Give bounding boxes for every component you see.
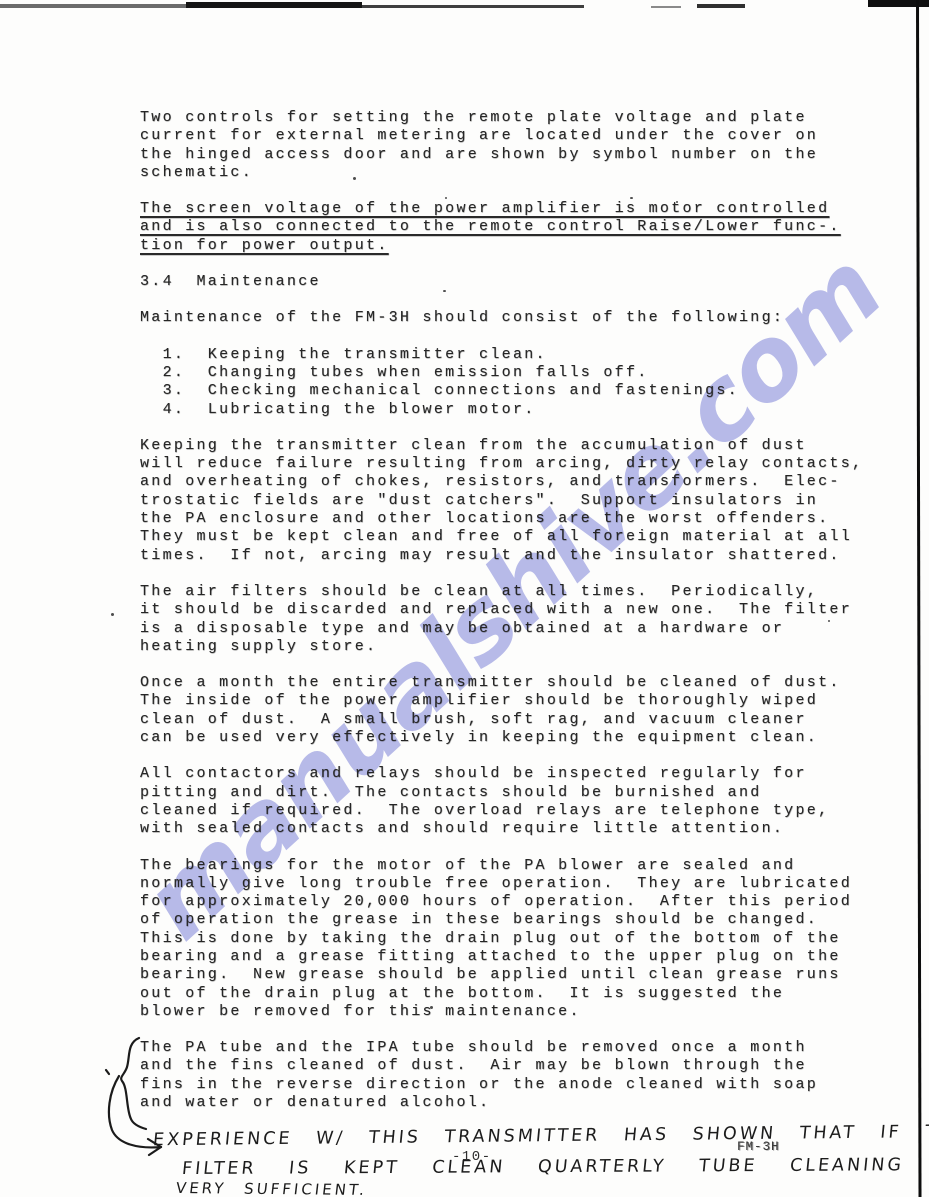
typed-line: All contactors and relays should be insp… xyxy=(140,765,900,783)
typed-line: 4. Lubricating the blower motor. xyxy=(140,401,900,419)
typed-line: The air filters should be clean at all t… xyxy=(140,583,900,601)
typed-line: and the fins cleaned of dust. Air may be… xyxy=(140,1057,900,1075)
typed-line: fins in the reverse direction or the ano… xyxy=(140,1076,900,1094)
typed-line: Two controls for setting the remote plat… xyxy=(140,109,900,127)
typed-line: and is also connected to the remote cont… xyxy=(140,218,900,236)
typed-line: 1. Keeping the transmitter clean. xyxy=(140,346,900,364)
typed-line: for approximately 20,000 hours of operat… xyxy=(140,893,900,911)
scan-edge-artifact xyxy=(651,6,681,8)
typed-line: The screen voltage of the power amplifie… xyxy=(140,200,900,218)
typed-line: it should be discarded and replaced with… xyxy=(140,601,900,619)
typed-line: bearing. New grease should be applied un… xyxy=(140,966,900,984)
typed-line: normally give long trouble free operatio… xyxy=(140,875,900,893)
typed-line: of operation the grease in these bearing… xyxy=(140,911,900,929)
typed-paragraph: The bearings for the motor of the PA blo… xyxy=(140,857,900,1022)
typed-line: the hinged access door and are shown by … xyxy=(140,146,900,164)
typed-line: the PA enclosure and other locations are… xyxy=(140,510,900,528)
typed-line: 3. Checking mechanical connections and f… xyxy=(140,382,900,400)
typed-line: tion for power output. xyxy=(140,237,900,255)
tick-mark xyxy=(106,1070,109,1074)
handwritten-note-line-2: FILTER IS KEPT CLEAN QUARTERLY TUBE CLEA… xyxy=(181,1155,929,1179)
typed-paragraph: Once a month the entire transmitter shou… xyxy=(140,674,900,747)
typed-line: schematic. xyxy=(140,164,900,182)
ink-speck xyxy=(111,613,114,616)
typed-line: trostatic fields are "dust catchers". Su… xyxy=(140,492,900,510)
scan-edge-artifact xyxy=(186,2,362,8)
typed-line: cleaned if required. The overload relays… xyxy=(140,802,900,820)
scan-edge-artifact xyxy=(0,4,190,8)
typed-line: current for external metering are locate… xyxy=(140,127,900,145)
scanned-manual-page: manualshive.com Two controls for setting… xyxy=(0,0,929,1197)
typed-line: 3.4 Maintenance xyxy=(140,273,900,291)
typed-line: times. If not, arcing may result and the… xyxy=(140,547,900,565)
typed-line: heating supply store. xyxy=(140,638,900,656)
typed-line: is a disposable type and may be obtained… xyxy=(140,620,900,638)
underlined-paragraph: The screen voltage of the power amplifie… xyxy=(140,200,900,255)
typed-line: The bearings for the motor of the PA blo… xyxy=(140,857,900,875)
typed-line: will reduce failure resulting from arcin… xyxy=(140,455,900,473)
scan-edge-line xyxy=(916,0,921,1197)
typed-line: Maintenance of the FM-3H should consist … xyxy=(140,309,900,327)
typed-line: pitting and dirt. The contacts should be… xyxy=(140,784,900,802)
typed-line: clean of dust. A small brush, soft rag, … xyxy=(140,711,900,729)
scan-edge-artifact xyxy=(868,0,929,7)
scan-edge-artifact xyxy=(697,4,745,8)
typed-line: with sealed contacts and should require … xyxy=(140,820,900,838)
typed-line: blower be removed for this maintenance. xyxy=(140,1003,900,1021)
model-reference: FM-3H xyxy=(737,1140,780,1154)
typed-line: They must be kept clean and free of all … xyxy=(140,528,900,546)
handwritten-note-line-3: VERY SUFFICIENT. xyxy=(175,1179,368,1197)
typed-paragraph: Maintenance of the FM-3H should consist … xyxy=(140,309,900,327)
typed-paragraph: Keeping the transmitter clean from the a… xyxy=(140,437,900,565)
typed-line: Keeping the transmitter clean from the a… xyxy=(140,437,900,455)
scan-edge-artifact xyxy=(362,5,584,8)
typed-paragraph: Two controls for setting the remote plat… xyxy=(140,109,900,182)
typed-line: out of the drain plug at the bottom. It … xyxy=(140,985,900,1003)
typed-line: Once a month the entire transmitter shou… xyxy=(140,674,900,692)
maintenance-list: 1. Keeping the transmitter clean. 2. Cha… xyxy=(140,346,900,419)
typed-line: can be used very effectively in keeping … xyxy=(140,729,900,747)
section-heading: 3.4 Maintenance xyxy=(140,273,900,291)
typed-line: 2. Changing tubes when emission falls of… xyxy=(140,364,900,382)
typed-content: Two controls for setting the remote plat… xyxy=(140,109,900,1130)
typed-line: and water or denatured alcohol. xyxy=(140,1094,900,1112)
typed-line: bearing and a grease fitting attached to… xyxy=(140,948,900,966)
typed-paragraph: The air filters should be clean at all t… xyxy=(140,583,900,656)
typed-paragraph: All contactors and relays should be insp… xyxy=(140,765,900,838)
typed-paragraph: The PA tube and the IPA tube should be r… xyxy=(140,1039,900,1112)
typed-line: The PA tube and the IPA tube should be r… xyxy=(140,1039,900,1057)
page-number: -10- xyxy=(452,1149,492,1165)
typed-line: The inside of the power amplifier should… xyxy=(140,692,900,710)
typed-line: and overheating of chokes, resistors, an… xyxy=(140,473,900,491)
typed-line: This is done by taking the drain plug ou… xyxy=(140,930,900,948)
